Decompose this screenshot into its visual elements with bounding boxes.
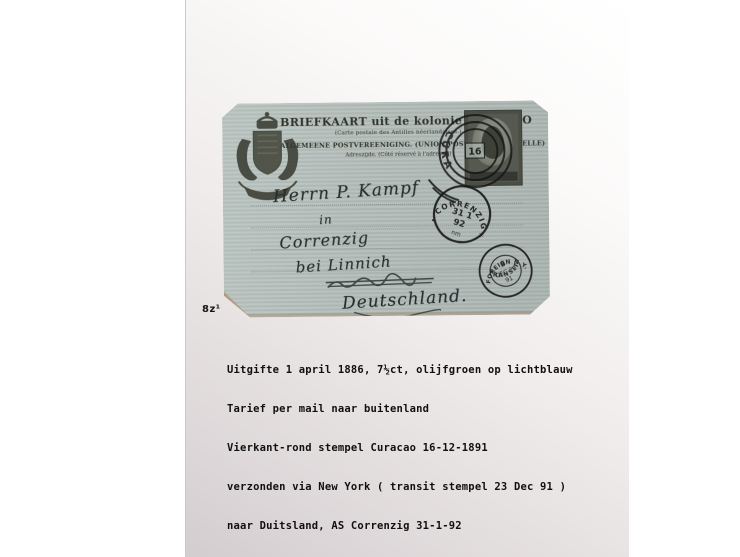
album-page: 8z¹ BRIEFKAART uit de kolonie CUR <box>185 0 629 557</box>
ny-transit-year: 91 <box>504 275 514 284</box>
signature-flourish <box>352 307 442 320</box>
photograph-of-album-page: 8z¹ BRIEFKAART uit de kolonie CUR <box>0 0 740 557</box>
typed-description: Uitgifte 1 april 1886, 7½ct, olijfgroen … <box>227 338 573 557</box>
correnzig-time-code: nm <box>450 229 461 239</box>
typed-line-2: Tarief per mail naar buitenland <box>227 403 573 416</box>
catalog-number: 8z¹ <box>202 304 221 315</box>
ny-transit-postmark: FOREIGN N.Y. TRANSIT B DEC 23 91 <box>470 235 541 306</box>
address-line-in: in <box>319 212 333 227</box>
typed-line-5: naar Duitsland, AS Correnzig 31-1-92 <box>227 520 573 533</box>
typed-line-4: verzonden via New York ( transit stempel… <box>227 481 573 494</box>
cancel-day: 16 <box>468 146 482 157</box>
correnzig-date-year: 92 <box>452 217 466 230</box>
cancel-place: CURAÇAO <box>420 100 456 174</box>
svg-text:CURAÇAO: CURAÇAO <box>420 100 456 174</box>
postal-card: BRIEFKAART uit de kolonie CURAÇAO (Carte… <box>222 100 550 317</box>
typed-line-1: Uitgifte 1 april 1886, 7½ct, olijfgroen … <box>227 364 573 377</box>
typed-line-3: Vierkant-rond stempel Curacao 16-12-1891 <box>227 442 573 455</box>
